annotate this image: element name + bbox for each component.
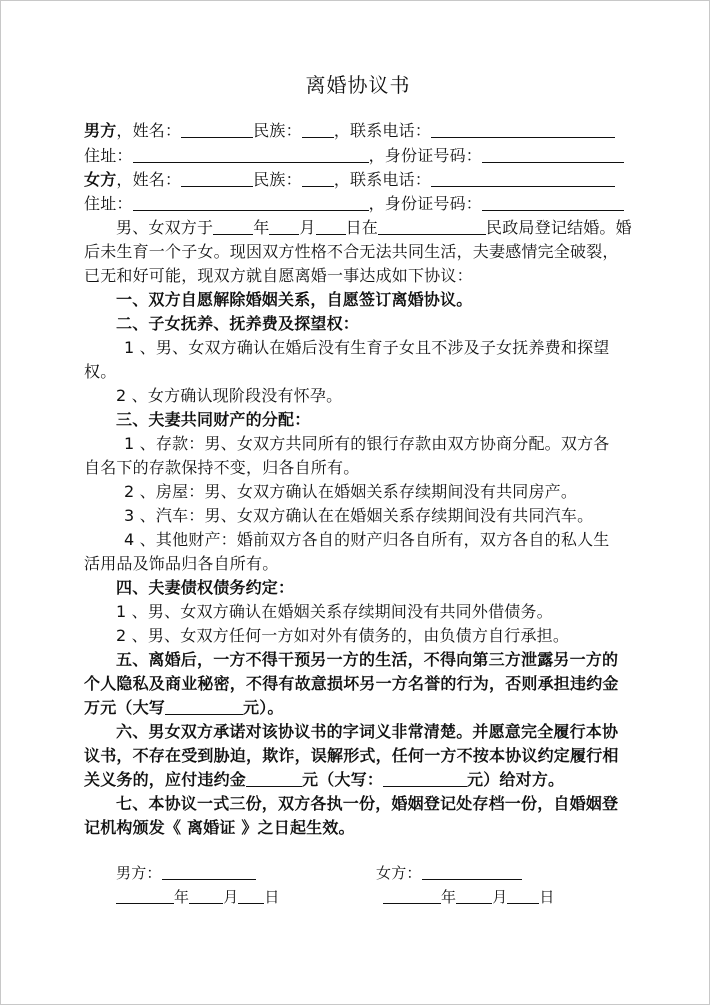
section-2-item-1-cont: 权。 bbox=[84, 360, 116, 384]
section-5-line-3: 万元（大写元）。 bbox=[84, 696, 284, 720]
penalty-amount-words-field[interactable] bbox=[383, 769, 467, 787]
female-sign-month-field[interactable] bbox=[456, 886, 492, 904]
penalty-text: 元（大写： bbox=[302, 770, 383, 789]
male-sign-year-field[interactable] bbox=[116, 886, 174, 904]
name-label: ，姓名： bbox=[116, 121, 181, 140]
section-5-line-2: 个人隐私及商业秘密，不得有故意损坏另一方名誉的行为，否则承担违约金 bbox=[84, 672, 619, 696]
male-ethnicity-field[interactable] bbox=[302, 120, 334, 138]
year-label: 年 bbox=[441, 888, 456, 906]
female-name-field[interactable] bbox=[181, 169, 253, 187]
address-label: 住址： bbox=[84, 146, 133, 165]
section-3-item-1: 1 、存款：男、女双方共同所有的银行存款由双方协商分配。双方各 bbox=[84, 432, 609, 456]
section-4-heading: 四、夫妻债权债务约定： bbox=[84, 576, 294, 600]
female-sign-day-field[interactable] bbox=[507, 886, 539, 904]
section-4-item-1: 1 、男、女双方确认在婚姻关系存续期间没有共同外借债务。 bbox=[84, 600, 553, 624]
month-label: 月 bbox=[299, 218, 315, 237]
section-4-item-2: 2 、男、女双方任何一方如对外有债务的，由负债方自行承担。 bbox=[84, 624, 569, 648]
female-address-line: 住址：，身份证号码： bbox=[84, 192, 624, 216]
penalty-text: 万元（大写 bbox=[84, 698, 165, 717]
intro-line-2: 后未生育一个子女。现因双方性格不合无法共同生活，夫妻感情完全破裂， bbox=[84, 240, 619, 264]
section-3-item-2: 2 、房屋：男、女双方确认在婚姻关系存续期间没有共同房产。 bbox=[84, 480, 577, 504]
female-signature-date: 年月日 bbox=[383, 885, 555, 909]
male-signature-date: 年月日 bbox=[116, 885, 280, 909]
address-label: 住址： bbox=[84, 194, 133, 213]
female-label: 女方 bbox=[84, 170, 116, 189]
intro-line-1: 男、女双方于年月日在民政局登记结婚。婚 bbox=[84, 216, 632, 240]
month-label: 月 bbox=[223, 888, 238, 906]
section-1-heading: 一、双方自愿解除婚姻关系，自愿签订离婚协议。 bbox=[84, 288, 472, 312]
male-signature: 男方： bbox=[116, 861, 256, 885]
section-5-line-1: 五、离婚后，一方不得干预另一方的生活，不得向第三方泄露另一方的 bbox=[84, 648, 618, 672]
month-label: 月 bbox=[492, 888, 507, 906]
day-label: 日 bbox=[264, 888, 279, 906]
male-address-line: 住址：，身份证号码： bbox=[84, 144, 624, 168]
section-3-item-4-cont: 活用品及饰品归各自所有。 bbox=[84, 552, 278, 576]
intro-line-3: 已无和好可能，现双方就自愿离婚一事达成如下协议： bbox=[84, 264, 473, 288]
female-phone-field[interactable] bbox=[431, 169, 615, 187]
id-label: ，身份证号码： bbox=[369, 194, 482, 213]
section-6-line-1: 六、男女双方承诺对该协议书的字词义非常清楚。并愿意完全履行本协 bbox=[84, 720, 618, 744]
section-3-item-4: 4 、其他财产：婚前双方各自的财产归各自所有，双方各自的私人生 bbox=[84, 528, 609, 552]
male-sign-month-field[interactable] bbox=[189, 886, 223, 904]
male-info-line: 男方，姓名：民族：，联系电话： bbox=[84, 119, 615, 143]
female-ethnicity-field[interactable] bbox=[302, 169, 334, 187]
day-label: 日 bbox=[539, 888, 554, 906]
marriage-year-field[interactable] bbox=[213, 217, 253, 235]
year-label: 年 bbox=[174, 888, 189, 906]
penalty-amount-field[interactable] bbox=[246, 769, 302, 787]
male-sign-day-field[interactable] bbox=[238, 886, 264, 904]
female-address-field[interactable] bbox=[133, 193, 369, 211]
female-signature-field[interactable] bbox=[422, 862, 522, 880]
civil-affairs-bureau-field[interactable] bbox=[378, 217, 486, 235]
intro-text: 男、女双方于 bbox=[116, 218, 213, 237]
male-name-field[interactable] bbox=[181, 120, 253, 138]
penalty-text: 元）给对方。 bbox=[467, 770, 564, 789]
male-signature-label: 男方： bbox=[116, 864, 162, 882]
phone-label: ，联系电话： bbox=[334, 121, 431, 140]
male-signature-field[interactable] bbox=[162, 862, 256, 880]
female-info-line: 女方，姓名：民族：，联系电话： bbox=[84, 168, 615, 192]
female-id-field[interactable] bbox=[482, 193, 624, 211]
female-sign-year-field[interactable] bbox=[383, 886, 441, 904]
section-2-item-2: 2 、女方确认现阶段没有怀孕。 bbox=[84, 384, 342, 408]
ethnicity-label: 民族： bbox=[253, 170, 302, 189]
name-label: ，姓名： bbox=[116, 170, 181, 189]
male-phone-field[interactable] bbox=[431, 120, 615, 138]
section-2-item-1: 1 、男、女双方确认在婚后没有生育子女且不涉及子女抚养费和探望 bbox=[84, 336, 609, 360]
section-3-item-3: 3 、汽车：男、女双方确认在在婚姻关系存续期间没有共同汽车。 bbox=[84, 504, 593, 528]
marriage-month-field[interactable] bbox=[269, 217, 299, 235]
male-id-field[interactable] bbox=[482, 145, 624, 163]
male-label: 男方 bbox=[84, 121, 116, 140]
section-3-heading: 三、夫妻共同财产的分配： bbox=[84, 408, 310, 432]
document-title: 离婚协议书 bbox=[84, 69, 632, 98]
female-signature-label: 女方： bbox=[376, 864, 422, 882]
male-address-field[interactable] bbox=[133, 145, 369, 163]
section-3-item-1-cont: 自名下的存款保持不变，归各自所有。 bbox=[84, 456, 359, 480]
section-7-line-1: 七、本协议一式三份，双方各执一份，婚姻登记处存档一份，自婚姻登 bbox=[84, 792, 618, 816]
penalty-text: 关义务的，应付违约金 bbox=[84, 770, 246, 789]
section-2-heading: 二、子女抚养、抚养费及探望权： bbox=[84, 312, 359, 336]
year-label: 年 bbox=[253, 218, 269, 237]
ethnicity-label: 民族： bbox=[253, 121, 302, 140]
section-6-line-2: 议书，不存在受到胁迫，欺诈，误解形式，任何一方不按本协议约定履行相 bbox=[84, 744, 619, 768]
penalty-amount-words-field[interactable] bbox=[165, 697, 243, 715]
document-page: 离婚协议书 男方，姓名：民族：，联系电话： 住址：，身份证号码： 女方，姓名：民… bbox=[0, 0, 710, 1005]
penalty-text: 元）。 bbox=[243, 698, 284, 717]
intro-text: 民政局登记结婚。婚 bbox=[486, 218, 632, 237]
id-label: ，身份证号码： bbox=[369, 146, 482, 165]
section-7-line-2: 记机构颁发《 离婚证 》之日起生效。 bbox=[84, 816, 355, 840]
phone-label: ，联系电话： bbox=[334, 170, 431, 189]
marriage-day-field[interactable] bbox=[316, 217, 346, 235]
female-signature: 女方： bbox=[376, 861, 522, 885]
section-6-line-3: 关义务的，应付违约金元（大写：元）给对方。 bbox=[84, 768, 564, 792]
day-label: 日在 bbox=[346, 218, 378, 237]
